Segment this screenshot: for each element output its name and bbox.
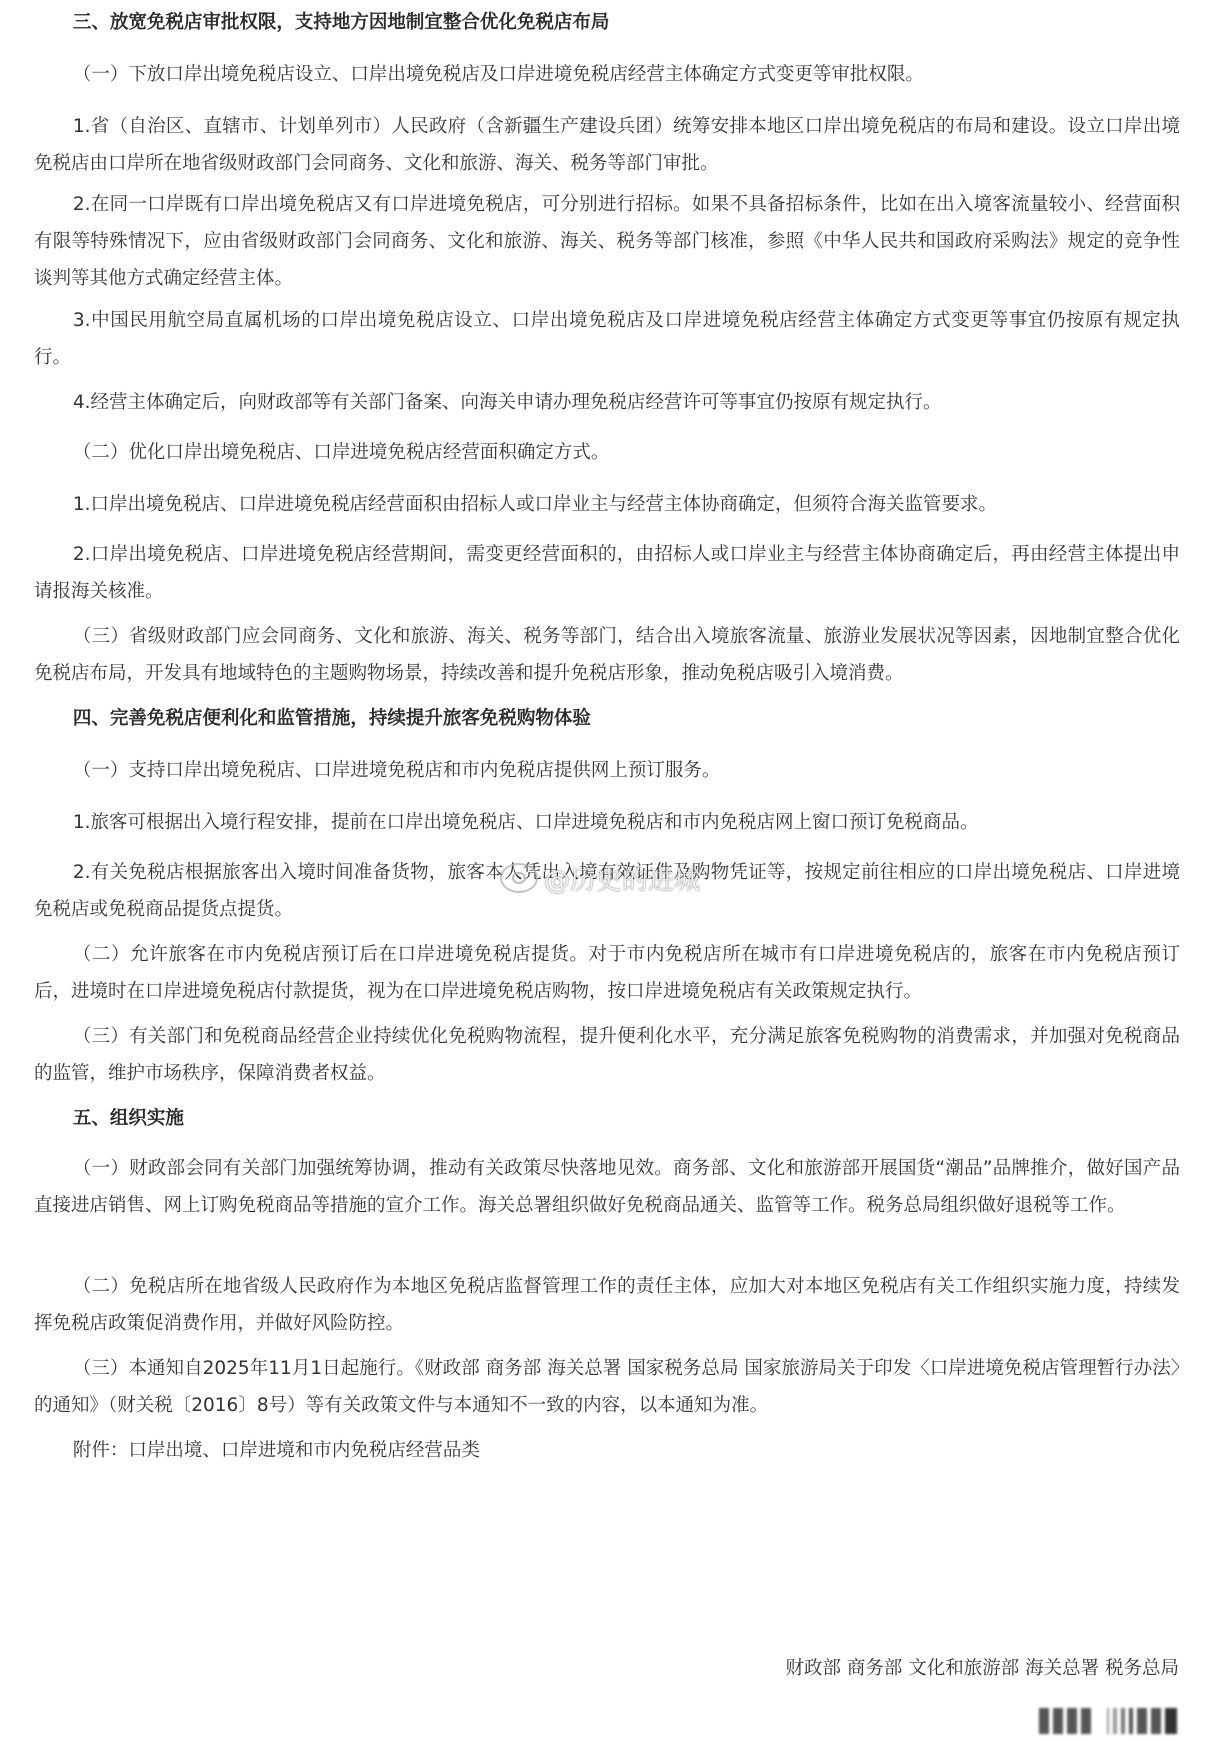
paragraph: 2.口岸出境免税店、口岸进境免税店经营期间，需变更经营面积的，由招标人或口岸业主… xyxy=(34,536,1180,610)
paragraph: （一）支持口岸出境免税店、口岸进境免税店和市内免税店提供网上预订服务。 xyxy=(34,752,1180,789)
issuing-authorities: 财政部 商务部 文化和旅游部 海关总署 税务总局 xyxy=(785,1650,1179,1687)
paragraph: （三）有关部门和免税商品经营企业持续优化免税购物流程，提升便利化水平，充分满足旅… xyxy=(34,1018,1180,1092)
paragraph: （二）免税店所在地省级人民政府作为本地区免税店监督管理工作的责任主体，应加大对本… xyxy=(34,1268,1180,1342)
paragraph: 3.中国民用航空局直属机场的口岸出境免税店设立、口岸出境免税店及口岸进境免税店经… xyxy=(34,302,1180,376)
paragraph: 1.旅客可根据出入境行程安排，提前在口岸出境免税店、口岸进境免税店和市内免税店网… xyxy=(34,804,1180,841)
obscured-date xyxy=(1039,1708,1179,1734)
paragraph: 2.在同一口岸既有口岸出境免税店又有口岸进境免税店，可分别进行招标。如果不具备招… xyxy=(34,186,1180,297)
paragraph: （三）省级财政部门应会同商务、文化和旅游、海关、税务等部门，结合出入境旅客流量、… xyxy=(34,618,1180,692)
paragraph: （一）财政部会同有关部门加强统筹协调，推动有关政策尽快落地见效。商务部、文化和旅… xyxy=(34,1150,1180,1224)
paragraph: 2.有关免税店根据旅客出入境时间准备货物，旅客本人凭出入境有效证件及购物凭证等，… xyxy=(34,854,1180,928)
paragraph: 1.口岸出境免税店、口岸进境免税店经营面积由招标人或口岸业主与经营主体协商确定，… xyxy=(34,486,1180,523)
paragraph: （二）允许旅客在市内免税店预订后在口岸进境免税店提货。对于市内免税店所在城市有口… xyxy=(34,936,1180,1010)
paragraph: 4.经营主体确定后，向财政部等有关部门备案、向海关申请办理免税店经营许可等事宜仍… xyxy=(34,384,1180,421)
section-heading-4: 四、完善免税店便利化和监管措施，持续提升旅客免税购物体验 xyxy=(34,700,1180,737)
attachment-line: 附件：口岸出境、口岸进境和市内免税店经营品类 xyxy=(34,1432,1180,1469)
paragraph: （二）优化口岸出境免税店、口岸进境免税店经营面积确定方式。 xyxy=(34,434,1180,471)
paragraph: （三）本通知自2025年11月1日起施行。《财政部 商务部 海关总署 国家税务总… xyxy=(34,1350,1180,1424)
paragraph: （一）下放口岸出境免税店设立、口岸出境免税店及口岸进境免税店经营主体确定方式变更… xyxy=(34,56,1180,93)
section-heading-3: 三、放宽免税店审批权限，支持地方因地制宜整合优化免税店布局 xyxy=(34,4,1180,41)
section-heading-5: 五、组织实施 xyxy=(34,1100,1180,1137)
paragraph: 1.省（自治区、直辖市、计划单列市）人民政府（含新疆生产建设兵团）统筹安排本地区… xyxy=(34,108,1180,182)
